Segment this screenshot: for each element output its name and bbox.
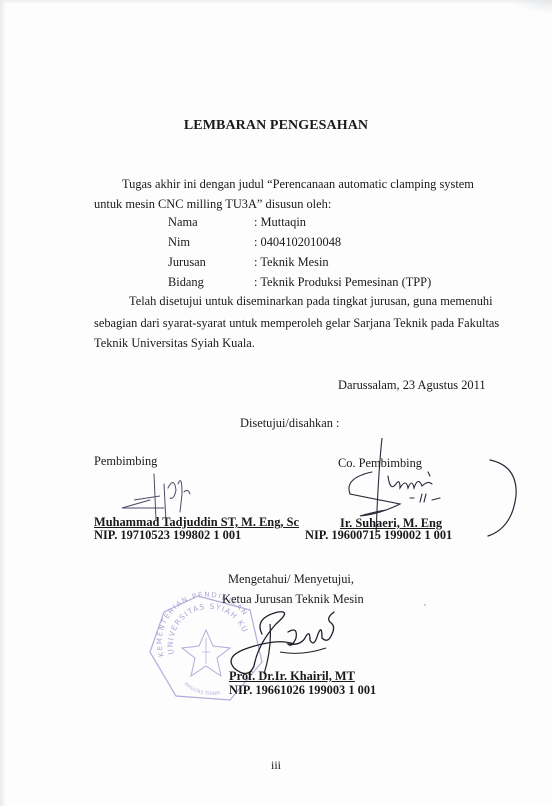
info-value-nim: : 0404102010048	[254, 234, 341, 250]
hod-heading: Mengetahui/ Menyetujui,	[228, 571, 354, 587]
supervisor-role: Pembimbing	[94, 453, 157, 469]
approved-label: Disetujui/disahkan :	[240, 415, 339, 431]
hod-name: Prof. Dr.Ir. Khairil, MT	[229, 669, 355, 684]
supervisor-nip: NIP. 19710523 199802 1 001	[94, 528, 241, 543]
approval-line-1: Telah disetujui untuk diseminarkan pada …	[129, 293, 466, 309]
intro-line-1: Tugas akhir ini dengan judul “Perencanaa…	[122, 176, 466, 192]
hod-nip: NIP. 19661026 199003 1 001	[229, 683, 376, 698]
page-number: iii	[0, 758, 552, 773]
scan-corner-smudge	[512, 0, 552, 14]
document-page: LEMBARAN PENGESAHAN Tugas akhir ini deng…	[0, 0, 552, 806]
place-date: Darussalam, 23 Agustus 2011	[338, 377, 486, 393]
scan-edge-shadow-top	[0, 0, 552, 4]
intro-line-2: untuk mesin CNC milling TU3A” disusun ol…	[94, 196, 331, 212]
info-label-jurusan: Jurusan	[168, 254, 206, 270]
page-title: LEMBARAN PENGESAHAN	[0, 118, 552, 134]
info-label-bidang: Bidang	[168, 274, 204, 290]
info-value-nama: : Muttaqin	[254, 214, 306, 230]
info-value-jurusan: : Teknik Mesin	[254, 254, 329, 270]
info-value-bidang: : Teknik Produksi Pemesinan (TPP)	[254, 274, 431, 290]
svg-text:FAKULTAS TEKNIK: FAKULTAS TEKNIK	[183, 681, 222, 697]
scan-artifact-dot	[424, 604, 426, 606]
approval-line-2: sebagian dari syarat-syarat untuk memper…	[94, 315, 466, 331]
approval-line-3: Teknik Universitas Syiah Kuala.	[94, 335, 255, 351]
co-supervisor-nip: NIP. 19600715 199002 1 001	[305, 528, 452, 543]
info-label-nim: Nim	[168, 234, 190, 250]
info-label-nama: Nama	[168, 214, 198, 230]
